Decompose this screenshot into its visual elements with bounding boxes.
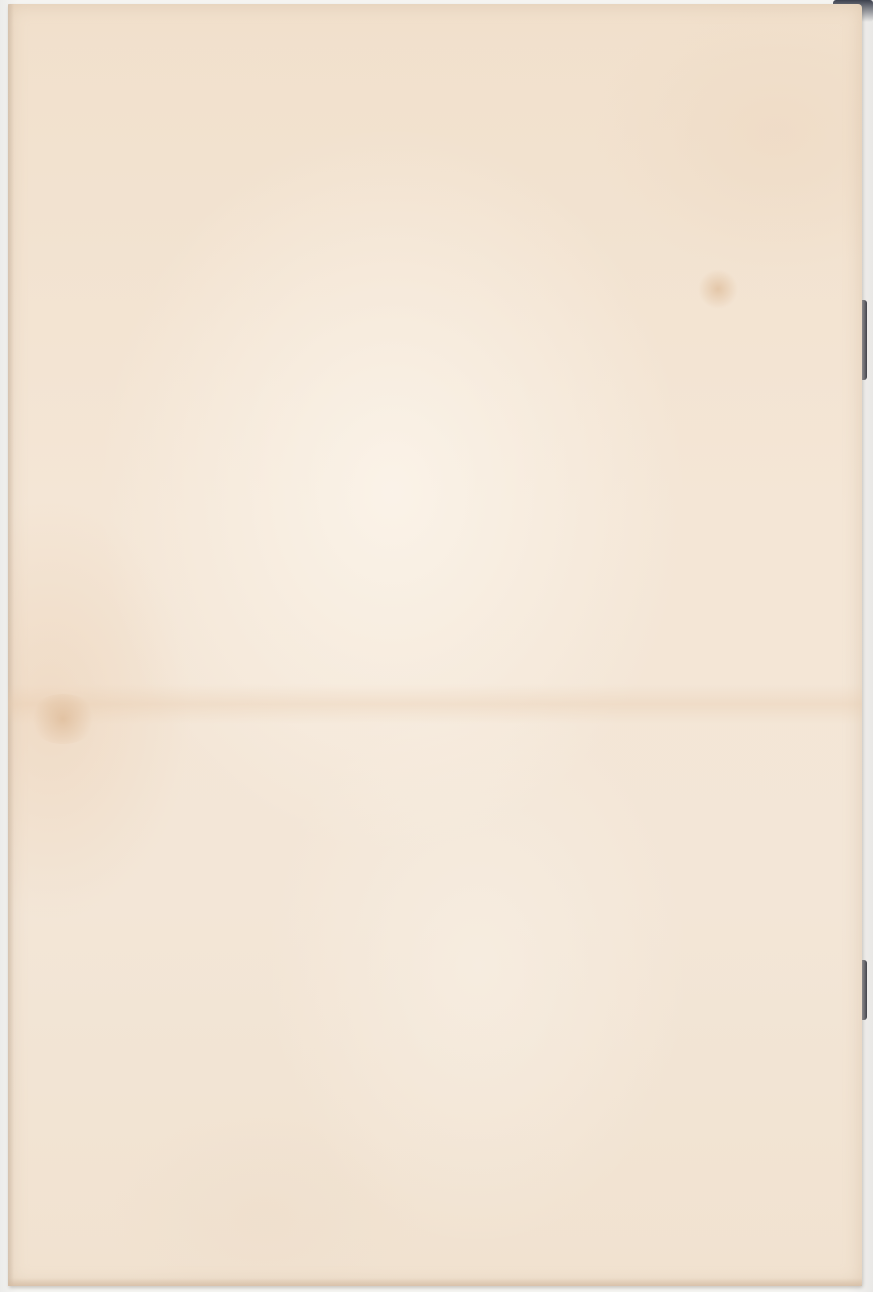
cover-text	[8, 4, 862, 1286]
back-cover-sheet	[8, 4, 862, 1286]
